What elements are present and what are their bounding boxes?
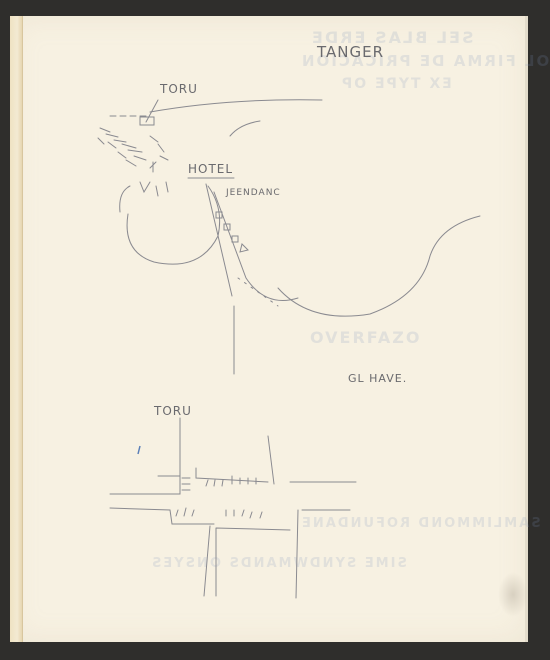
sketchbook-page: SEL BLAS ERDE SOL FIRMA DE PRICACION EX … — [10, 16, 528, 642]
map-label-hotel: HOTEL — [188, 162, 233, 176]
map-label-jeendanc: JEENDANC — [226, 188, 281, 198]
map-label-tanger: TANGER — [317, 43, 384, 61]
map-label-toru: TORU — [160, 82, 198, 96]
blue-ink-mark — [138, 446, 140, 454]
pencil-map-sketch — [10, 16, 528, 642]
map-label-toru-bottom: TORU — [154, 404, 192, 418]
map-label-gl-have: GL HAVE. — [348, 372, 407, 385]
paper-stain — [498, 572, 528, 617]
